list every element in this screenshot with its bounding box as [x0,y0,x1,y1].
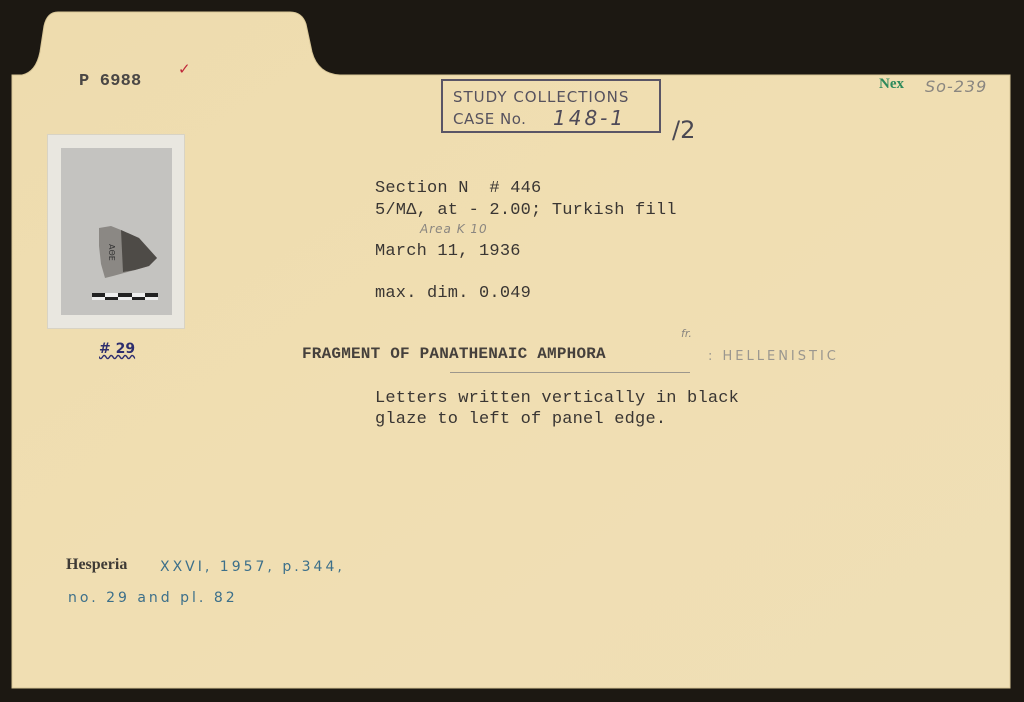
reference-citation-1: XXVI, 1957, p.344, [160,559,345,575]
description-line-2: glaze to left of panel edge. [375,410,666,429]
period-note: : HELLENISTIC [708,349,839,364]
inventory-stamp: Nex [879,76,904,93]
reference-citation-2: no. 29 and pl. 82 [68,590,238,606]
object-title: FRAGMENT OF PANATHENAIC AMPHORA [302,345,606,363]
location-line: 5/MΔ, at - 2.00; Turkish fill [375,201,677,220]
dimension-line: max. dim. 0.049 [375,284,531,303]
catalog-number: P 6988 [79,72,141,91]
svg-text:ΑΘΕ: ΑΘΕ [107,244,116,261]
photo-scale-bar [92,293,158,300]
stamp-title: STUDY COLLECTIONS [453,88,629,106]
study-collections-stamp: STUDY COLLECTIONS CASE No. 148-1 [441,79,661,133]
fraction-note: /2 [672,116,695,144]
check-mark-icon: ✓ [178,60,191,78]
reference-journal: Hesperia [66,556,127,574]
stamp-case-label: CASE No. [453,110,526,128]
area-note: Area K 10 [420,222,488,236]
date-line: March 11, 1936 [375,242,521,261]
artifact-photo-mount: ΑΘΕ [47,134,185,329]
sherd-image: ΑΘΕ [61,148,172,315]
inventory-number: So-239 [925,77,987,96]
artifact-photo[interactable]: ΑΘΕ [61,148,172,315]
title-underline [450,372,690,373]
stamp-case-number: 148-1 [553,106,626,130]
photo-caption: # 29 [99,341,135,357]
description-line-1: Letters written vertically in black [375,389,739,408]
section-line: Section N # 446 [375,179,541,198]
title-superscript: fr. [681,327,692,340]
